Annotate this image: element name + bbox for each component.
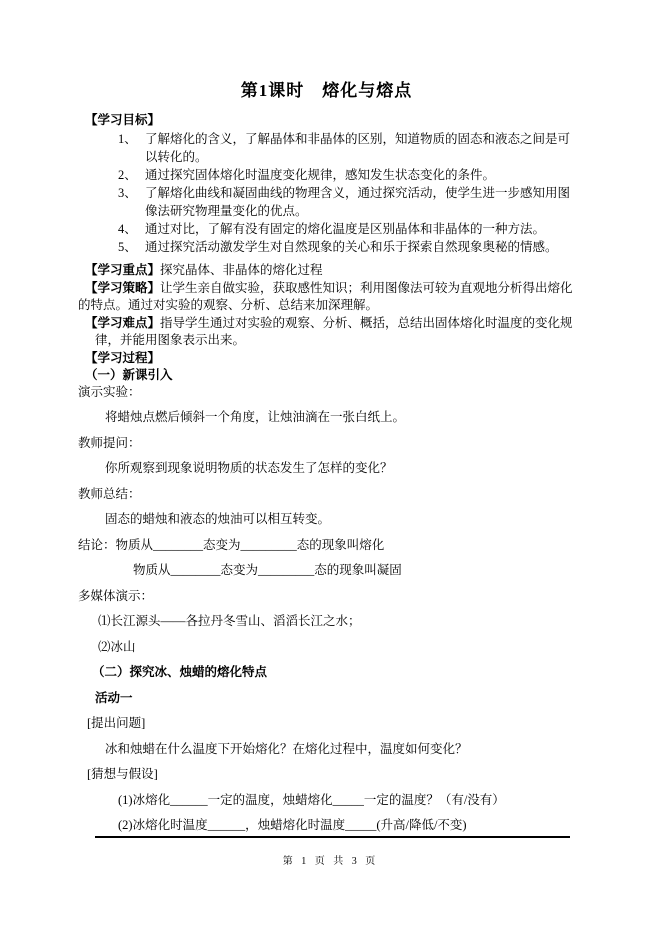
hypothesis-label: [猜想与假设] [87, 766, 575, 784]
objective-number: 4、 [118, 220, 145, 238]
conclusion-line-solidifying: 物质从________态变为_________态的现象叫凝固 [78, 562, 575, 580]
objective-text: 了解熔化曲线和凝固曲线的物理含义，通过探究活动，使学生进一步感知用图像法研究物理… [145, 184, 575, 220]
pose-question-text: 冰和烛蜡在什么温度下开始熔化？在熔化过程中，温度如何变化？ [78, 741, 575, 759]
demo-experiment-label: 演示实验： [78, 384, 575, 402]
difficulty-row: 【学习难点】指导学生通过对实验的观察、分析、概括，总结出固体熔化时温度的变化规律… [78, 315, 575, 350]
objective-text: 通过探究固体熔化时温度变化规律，感知发生状态变化的条件。 [145, 166, 575, 184]
strategy-row: 【学习策略】让学生亲自做实验，获取感性知识；利用图像法可较为直观地分析得出熔化的… [78, 280, 575, 315]
multimedia-label: 多媒体演示： [78, 588, 575, 606]
document-content: 第1课时 熔化与熔点 【学习目标】 1、 了解熔化的含义，了解晶体和非晶体的区别… [78, 80, 575, 843]
objective-text: 通过对比，了解有没有固定的熔化温度是区别晶体和非晶体的一种方法。 [145, 220, 575, 238]
objective-item: 2、 通过探究固体熔化时温度变化规律，感知发生状态变化的条件。 [78, 166, 575, 184]
multimedia-item: ⑵冰山 [78, 639, 575, 657]
objective-number: 3、 [118, 184, 145, 220]
difficulty-label: 【学习难点】 [85, 316, 160, 330]
hypothesis-item: (2)冰熔化时温度______，烛蜡熔化时温度_____(升高/降低/不变) [78, 817, 575, 835]
teacher-question-label: 教师提问： [78, 435, 575, 453]
teacher-summary-text: 固态的蜡烛和液态的烛油可以相互转变。 [78, 511, 575, 529]
page-title: 第1课时 熔化与熔点 [78, 80, 575, 102]
page-number: 第 1 页 共 3 页 [0, 852, 661, 867]
objective-item: 1、 了解熔化的含义，了解晶体和非晶体的区别，知道物质的固态和液态之间是可以转化… [78, 130, 575, 166]
objective-text: 通过探究活动激发学生对自然现象的关心和乐于探索自然现象奥秘的情感。 [145, 238, 575, 256]
strategy-label: 【学习策略】 [85, 281, 160, 295]
objective-number: 2、 [118, 166, 145, 184]
footer-divider [95, 836, 570, 838]
key-points-label: 【学习重点】 [85, 263, 160, 277]
activity-heading: 活动一 [95, 690, 575, 708]
conclusion-line-melting: 结论：物质从________态变为_________态的现象叫熔化 [78, 537, 575, 555]
teacher-question-text: 你所观察到现象说明物质的状态发生了怎样的变化？ [78, 460, 575, 478]
objectives-header: 【学习目标】 [85, 110, 575, 130]
objective-text: 了解熔化的含义，了解晶体和非晶体的区别，知道物质的固态和液态之间是可以转化的。 [145, 130, 575, 166]
part2-heading: （二）探究冰、烛蜡的熔化特点 [92, 664, 575, 682]
part1-heading: （一）新课引入 [85, 367, 575, 384]
hypothesis-item: (1)冰熔化______一定的温度，烛蜡熔化_____一定的温度？（有/没有） [78, 792, 575, 810]
pose-question-label: [提出问题] [87, 715, 575, 733]
objective-item: 3、 了解熔化曲线和凝固曲线的物理含义，通过探究活动，使学生进一步感知用图像法研… [78, 184, 575, 220]
document-page: 第1课时 熔化与熔点 【学习目标】 1、 了解熔化的含义，了解晶体和非晶体的区别… [0, 0, 661, 935]
demo-experiment-text: 将蜡烛点燃后倾斜一个角度，让烛油滴在一张白纸上。 [78, 409, 575, 427]
objective-number: 5、 [118, 238, 145, 256]
difficulty-text: 指导学生通过对实验的观察、分析、概括，总结出固体熔化时温度的变化规律，并能用图象… [95, 316, 573, 348]
objective-item: 5、 通过探究活动激发学生对自然现象的关心和乐于探索自然现象奥秘的情感。 [78, 238, 575, 256]
process-header: 【学习过程】 [85, 350, 575, 367]
objective-item: 4、 通过对比，了解有没有固定的熔化温度是区别晶体和非晶体的一种方法。 [78, 220, 575, 238]
objective-number: 1、 [118, 130, 145, 166]
key-points-text: 探究晶体、非晶体的熔化过程 [160, 263, 323, 277]
multimedia-item: ⑴长江源头——各拉丹冬雪山、滔滔长江之水； [78, 613, 575, 631]
key-points-row: 【学习重点】探究晶体、非晶体的熔化过程 [78, 262, 575, 280]
teacher-summary-label: 教师总结： [78, 486, 575, 504]
